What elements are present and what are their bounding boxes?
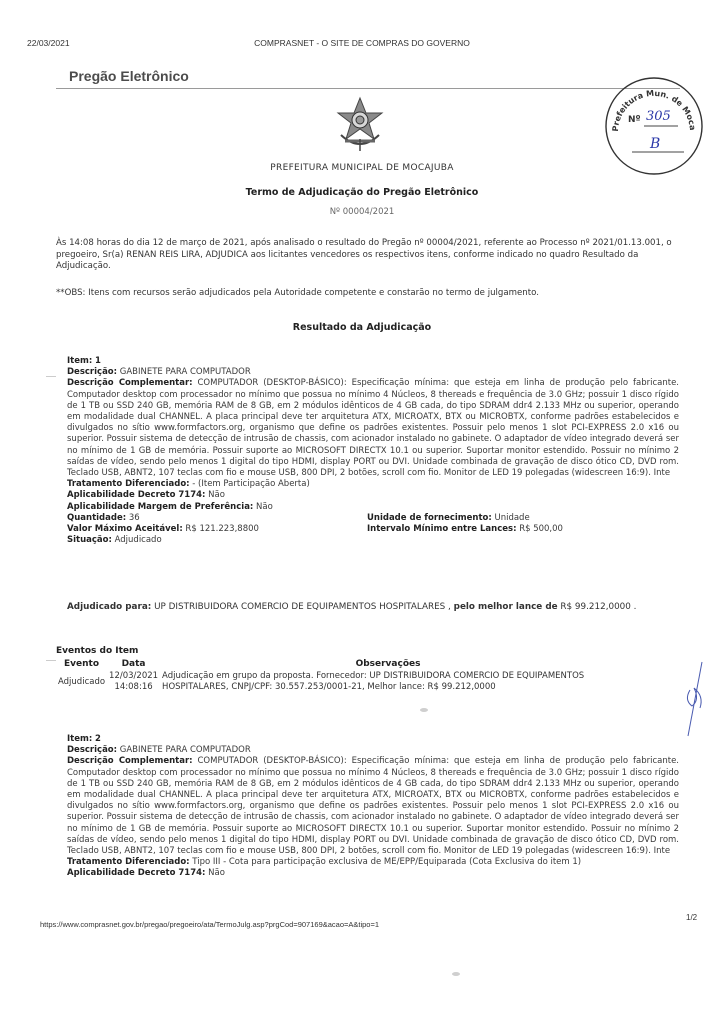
item-complement-row: Descrição Complementar: COMPUTADOR (DESK… <box>67 378 679 479</box>
item-events: Eventos do Item Evento Data Observações … <box>56 646 616 693</box>
item-margin: Não <box>256 502 273 512</box>
item-description: GABINETE PARA COMPUTADOR <box>120 367 251 377</box>
event-type: Adjudicado <box>56 671 107 693</box>
events-title: Eventos do Item <box>56 646 616 657</box>
item-status-row: Situação: Adjudicado <box>67 535 679 546</box>
event-observations: Adjudicação em grupo da proposta. Fornec… <box>160 671 616 693</box>
stamp-initial: B <box>649 136 660 152</box>
item-treatment: Tipo III - Cota para participação exclus… <box>192 857 581 867</box>
signature-mark <box>680 660 710 740</box>
doc-title: Termo de Adjudicação do Pregão Eletrônic… <box>0 187 724 198</box>
item-decree-row: Aplicabilidade Decreto 7174: Não <box>67 868 679 879</box>
event-date: 12/03/2021 14:08:16 <box>107 671 160 693</box>
doc-number: Nº 00004/2021 <box>0 207 724 217</box>
portal-title: Pregão Eletrônico <box>69 68 189 84</box>
winner-name: UP DISTRIBUIDORA COMERCIO DE EQUIPAMENTO… <box>154 602 451 612</box>
item-status: Adjudicado <box>115 535 162 545</box>
item-interval-row: Intervalo Mínimo entre Lances: R$ 500,00 <box>367 524 679 535</box>
item-treatment: - (Item Participação Aberta) <box>192 479 310 489</box>
item-description-row: Descrição: GABINETE PARA COMPUTADOR <box>67 367 679 378</box>
section-title: Resultado da Adjudicação <box>0 322 724 333</box>
item-decree: Não <box>208 868 225 878</box>
item-unit-row: Unidade de fornecimento: Unidade <box>367 513 679 524</box>
item-max-value-row: Valor Máximo Aceitável: R$ 121.223,8800 <box>67 524 367 535</box>
page-number: 1/2 <box>686 913 697 922</box>
item-description: GABINETE PARA COMPUTADOR <box>120 745 251 755</box>
item-number: 2 <box>95 734 101 744</box>
item-treatment-row: Tratamento Diferenciado: - (Item Partici… <box>67 479 679 490</box>
coat-of-arms-icon <box>333 95 387 155</box>
org-name: PREFEITURA MUNICIPAL DE MOCAJUBA <box>0 163 724 173</box>
pregoeiro-name: RENAN REIS LIRA <box>126 250 200 260</box>
header-divider <box>56 88 680 89</box>
item-interval: R$ 500,00 <box>519 524 563 534</box>
item-1: Item: 1 Descrição: GABINETE PARA COMPUTA… <box>67 356 679 546</box>
obs-note: **OBS: Itens com recursos serão adjudica… <box>56 288 684 300</box>
scan-smudge <box>452 972 460 976</box>
margin-mark <box>46 660 56 661</box>
item-number: 1 <box>95 356 101 366</box>
events-col-data: Data <box>107 659 160 671</box>
intro-paragraph: Às 14:08 horas do dia 12 de março de 202… <box>56 238 684 273</box>
events-col-evento: Evento <box>56 659 107 671</box>
item-complement: COMPUTADOR (DESKTOP-BÁSICO): Especificaç… <box>67 378 679 478</box>
adjudica-keyword: ADJUDICA <box>206 250 248 260</box>
item-number-row: Item: 1 <box>67 356 679 367</box>
adjudicado-para: Adjudicado para: UP DISTRIBUIDORA COMERC… <box>67 601 679 613</box>
item-unit: Unidade <box>494 513 529 523</box>
print-url: https://www.comprasnet.gov.br/pregao/pre… <box>40 920 379 929</box>
item-complement: COMPUTADOR (DESKTOP-BÁSICO): Especificaç… <box>67 756 679 856</box>
item-decree-row: Aplicabilidade Decreto 7174: Não <box>67 490 679 501</box>
item-quantity-row: Quantidade: 36 <box>67 513 367 524</box>
stamp-number: 305 <box>646 109 671 124</box>
best-bid: R$ 99.212,0000 . <box>560 602 636 612</box>
item-margin-row: Aplicabilidade Margem de Preferência: Nã… <box>67 502 679 513</box>
table-row: Adjudicado 12/03/2021 14:08:16 Adjudicaç… <box>56 671 616 693</box>
scan-smudge <box>420 708 428 712</box>
margin-mark <box>46 376 56 377</box>
item-decree: Não <box>208 490 225 500</box>
events-table: Evento Data Observações Adjudicado 12/03… <box>56 659 616 693</box>
item-number-row: Item: 2 <box>67 734 679 745</box>
print-site-title: COMPRASNET - O SITE DE COMPRAS DO GOVERN… <box>0 38 724 48</box>
item-quantity: 36 <box>129 513 140 523</box>
item-complement-row: Descrição Complementar: COMPUTADOR (DESK… <box>67 756 679 857</box>
item-treatment-row: Tratamento Diferenciado: Tipo III - Cota… <box>67 857 679 868</box>
item-max-value: R$ 121.223,8800 <box>185 524 259 534</box>
stamp-number-label: Nº <box>628 115 641 125</box>
item-2: Item: 2 Descrição: GABINETE PARA COMPUTA… <box>67 734 679 880</box>
item-description-row: Descrição: GABINETE PARA COMPUTADOR <box>67 745 679 756</box>
events-col-observacoes: Observações <box>160 659 616 671</box>
